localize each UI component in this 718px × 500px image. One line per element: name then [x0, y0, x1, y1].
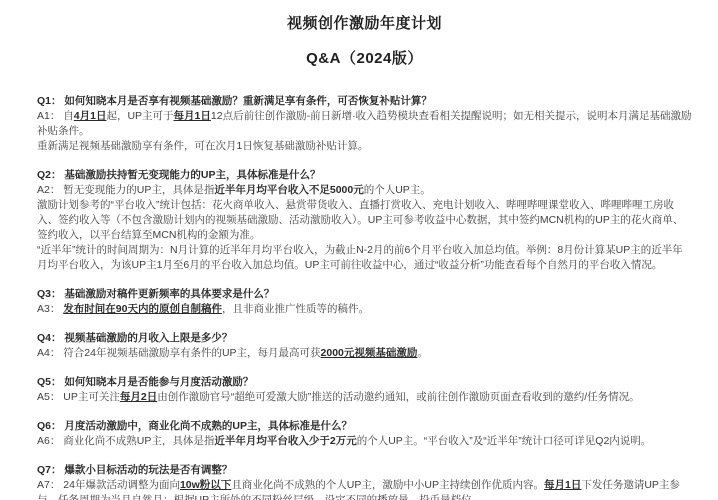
question-line: Q3： 基础激励对稿件更新频率的具体要求是什么？ [37, 287, 692, 302]
answer-paragraph: A7： 24年爆款活动调整为面向10w粉以下且商业化尚不成熟的个人UP主，激励中… [37, 478, 692, 500]
answer-text-segment: 2000元视频基础激励 [321, 347, 418, 359]
answer-text-segment: “近半年”统计的时间周期为：N月计算的近半年月均平台收入，为截止N-2月的前6个… [37, 244, 683, 271]
answer-paragraph: A2： 暂无变现能力的UP主，具体是指近半年月均平台收入不足5000元的个人UP… [37, 183, 692, 198]
answer-text-segment: A4： 符合24年视频基础激励享有条件的UP主，每月最高可获 [37, 347, 321, 359]
qa-block: Q3： 基础激励对稿件更新频率的具体要求是什么？A3： 发布时间在90天内的原创… [37, 287, 692, 317]
answer-text-segment: 的个人UP主。“平台收入”及“近半年”统计口径可详见Q2内说明。 [357, 435, 652, 447]
answer-paragraph: A6： 商业化尚不成熟UP主，具体是指近半年月均平台收入少于2万元的个人UP主。… [37, 434, 692, 449]
answer-paragraph: 激励计划参考的“平台收入”统计包括：花火商单收入、悬赏带货收入、直播打赏收入、充… [37, 198, 692, 243]
answer-paragraph: A4： 符合24年视频基础激励享有条件的UP主，每月最高可获2000元视频基础激… [37, 346, 692, 361]
answer-paragraph: “近半年”统计的时间周期为：N月计算的近半年月均平台收入，为截止N-2月的前6个… [37, 243, 692, 273]
answer-text-segment: 由创作激励官号“超绝可爱激大励”推送的活动邀约通知，或前往创作激励页面查看收到的… [157, 391, 639, 403]
answer-text-segment: 发布时间在90天内的原创自制稿件 [63, 303, 222, 315]
question-line: Q6： 月度活动激励中，商业化尚不成熟的UP主，具体标准是什么？ [37, 419, 692, 434]
answer-text-segment: 。 [417, 347, 428, 359]
answer-text-segment: A1： 自 [37, 110, 74, 122]
qa-block: Q1： 如何知晓本月是否享有视频基础激励？重新满足享有条件，可否恢复补贴计算？A… [37, 94, 692, 154]
qa-block: Q6： 月度活动激励中，商业化尚不成熟的UP主，具体标准是什么？A6： 商业化尚… [37, 419, 692, 449]
answer-text-segment: 且商业化尚不成熟的个人UP主，激励中小UP主持续创作优质内容。 [231, 479, 544, 491]
answer-text-segment: A6： 商业化尚不成熟UP主，具体是指 [37, 435, 214, 447]
answer-text-segment: 每月2日 [120, 391, 157, 403]
answer-text-segment: A5： UP主可关注 [37, 391, 120, 403]
question-line: Q7： 爆款小目标活动的玩法是否有调整？ [37, 463, 692, 478]
answer-paragraph: A1： 自4月1日起，UP主可于每月1日12点后前往创作激励-前日新增·收入趋势… [37, 109, 692, 139]
answer-text-segment: 每月1日 [544, 479, 581, 491]
answer-text-segment: 近半年月均平台收入不足5000元 [214, 184, 363, 196]
question-line: Q2： 基础激励扶持暂无变现能力的UP主，具体标准是什么？ [37, 168, 692, 183]
answer-text-segment: 10w粉以下 [180, 479, 231, 491]
answer-paragraph: A3： 发布时间在90天内的原创自制稿件，且非商业推广性质等的稿件。 [37, 302, 692, 317]
answer-text-segment: 起，UP主可于 [106, 110, 173, 122]
answer-text-segment: 4月1日 [74, 110, 107, 122]
answer-paragraph: 重新满足视频基础激励享有条件，可在次月1日恢复基础激励补贴计算。 [37, 139, 692, 154]
answer-text-segment: A3： [37, 303, 63, 315]
answer-text-segment: 激励计划参考的“平台收入”统计包括：花火商单收入、悬赏带货收入、直播打赏收入、充… [37, 199, 683, 241]
qa-block: Q5： 如何知晓本月是否能参与月度活动激励？A5： UP主可关注每月2日由创作激… [37, 375, 692, 405]
qa-list: Q1： 如何知晓本月是否享有视频基础激励？重新满足享有条件，可否恢复补贴计算？A… [37, 94, 692, 500]
answer-text-segment: 近半年月均平台收入少于2万元 [214, 435, 356, 447]
doc-subtitle: Q&A（2024版） [37, 47, 692, 68]
qa-block: Q4： 视频基础激励的月收入上限是多少？A4： 符合24年视频基础激励享有条件的… [37, 331, 692, 361]
qa-block: Q2： 基础激励扶持暂无变现能力的UP主，具体标准是什么？A2： 暂无变现能力的… [37, 168, 692, 273]
question-line: Q1： 如何知晓本月是否享有视频基础激励？重新满足享有条件，可否恢复补贴计算？ [37, 94, 692, 109]
answer-text-segment: 的个人UP主。 [364, 184, 431, 196]
answer-text-segment: 重新满足视频基础激励享有条件，可在次月1日恢复基础激励补贴计算。 [37, 140, 368, 152]
question-line: Q5： 如何知晓本月是否能参与月度活动激励？ [37, 375, 692, 390]
answer-text-segment: ，且非商业推广性质等的稿件。 [222, 303, 369, 315]
question-line: Q4： 视频基础激励的月收入上限是多少？ [37, 331, 692, 346]
doc-title: 视频创作激励年度计划 [37, 12, 692, 33]
answer-text-segment: A2： 暂无变现能力的UP主，具体是指 [37, 184, 214, 196]
answer-text-segment: A7： 24年爆款活动调整为面向 [37, 479, 180, 491]
document: 视频创作激励年度计划 Q&A（2024版） Q1： 如何知晓本月是否享有视频基础… [0, 0, 718, 500]
answer-text-segment: 每月1日 [174, 110, 211, 122]
qa-block: Q7： 爆款小目标活动的玩法是否有调整？A7： 24年爆款活动调整为面向10w粉… [37, 463, 692, 500]
answer-paragraph: A5： UP主可关注每月2日由创作激励官号“超绝可爱激大励”推送的活动邀约通知，… [37, 390, 692, 405]
